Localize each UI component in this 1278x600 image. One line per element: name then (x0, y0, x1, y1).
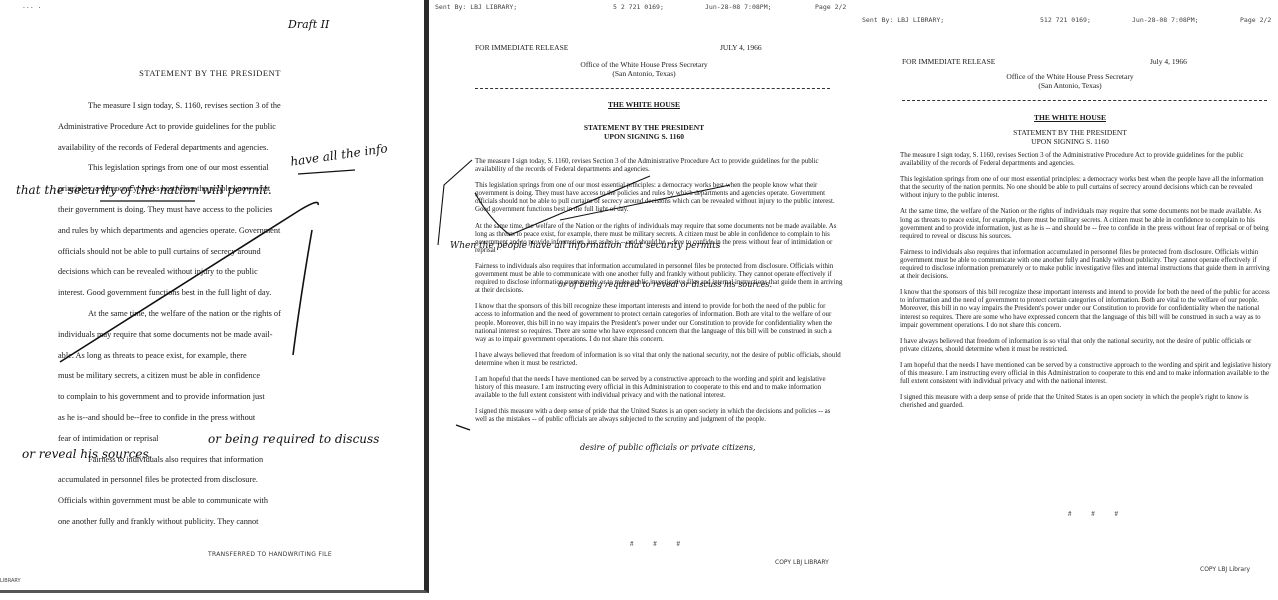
draft-line: accumulated in personnel files be protec… (58, 470, 358, 491)
divider (475, 88, 830, 89)
white-house-heading: THE WHITE HOUSE (430, 100, 858, 109)
statement-paragraph: The measure I sign today, S. 1160, revis… (475, 158, 843, 174)
edited-release-page: Sent By: LBJ LIBRARY; 5 2 721 0169; Jun-… (430, 0, 858, 600)
statement-paragraph: I am hopeful that the needs I have menti… (475, 376, 843, 400)
draft-line: as he is--and should be--free to confide… (58, 408, 358, 429)
statement-paragraph: Fairness to individuals also requires th… (900, 249, 1272, 281)
statement-paragraph: At the same time, the welfare of the Nat… (900, 208, 1272, 240)
draft-line: their government is doing. They must hav… (58, 200, 358, 221)
draft-line: individuals may require that some docume… (58, 325, 358, 346)
fax-page: Page 2/2 (815, 3, 846, 11)
statement-paragraph: The measure I sign today, S. 1160, revis… (900, 152, 1272, 168)
release-date: July 4, 1966 (1150, 57, 1187, 66)
handwritten-note: desire of public officials or private ci… (580, 443, 756, 452)
draft-line: The measure I sign today, S. 1160, revis… (58, 96, 358, 117)
end-marks: # # # (1068, 510, 1127, 518)
draft-line: At the same time, the welfare of the nat… (58, 304, 358, 325)
fax-sender: Sent By: LBJ LIBRARY; (862, 16, 944, 24)
release-date: JULY 4, 1966 (720, 43, 762, 52)
copy-mark: COPY LBJ LIBRARY (775, 559, 829, 566)
corner-mark: ... . (22, 2, 42, 10)
office-line: Office of the White House Press Secretar… (862, 72, 1278, 81)
draft-page: ... . Draft II STATEMENT BY THE PRESIDEN… (0, 0, 429, 593)
release-label: FOR IMMEDIATE RELEASE (475, 43, 568, 52)
final-release-page: Sent By: LBJ LIBRARY; 512 721 0169; Jun-… (862, 0, 1278, 600)
statement-title: STATEMENT BY THE PRESIDENT (430, 123, 858, 132)
handwritten-note: or of being required to reveal or discus… (558, 280, 772, 289)
divider (902, 100, 1267, 101)
draft-mark: Draft II (288, 18, 329, 31)
fax-page: Page 2/2 (1240, 16, 1271, 24)
draft-line: and rules by which departments and agenc… (58, 221, 358, 242)
statement-paragraph: I signed this measure with a deep sense … (475, 408, 843, 424)
fax-timestamp: Jun-28-08 7:08PM; (705, 3, 772, 11)
statement-paragraph: I know that the sponsors of this bill re… (900, 289, 1272, 329)
draft-line: Officials within government must be able… (58, 491, 358, 512)
statement-body: The measure I sign today, S. 1160, revis… (900, 152, 1272, 418)
draft-line: officials should not be able to pull cur… (58, 242, 358, 263)
handwritten-note: When the people have all information tha… (450, 241, 720, 251)
statement-body: The measure I sign today, S. 1160, revis… (475, 158, 843, 432)
white-house-heading: THE WHITE HOUSE (862, 113, 1278, 122)
statement-paragraph: I am hopeful that the needs I have menti… (900, 362, 1272, 386)
statement-title: STATEMENT BY THE PRESIDENT (862, 128, 1278, 137)
statement-subtitle: UPON SIGNING S. 1160 (430, 132, 858, 141)
draft-line: interest. Good government functions best… (58, 283, 358, 304)
draft-line: decisions which can be revealed without … (58, 262, 358, 283)
statement-paragraph: I signed this measure with a deep sense … (900, 394, 1272, 410)
fax-sender: Sent By: LBJ LIBRARY; (435, 3, 517, 11)
statement-paragraph: I have always believed that freedom of i… (900, 338, 1272, 354)
release-label: FOR IMMEDIATE RELEASE (902, 57, 995, 66)
location-line: (San Antonio, Texas) (862, 81, 1278, 90)
fax-number: 5 2 721 0169; (613, 3, 664, 11)
archive-stamp: TRANSFERRED TO HANDWRITING FILE (208, 551, 332, 558)
location-line: (San Antonio, Texas) (430, 69, 858, 78)
handwritten-note: or being required to discuss (208, 432, 379, 446)
office-line: Office of the White House Press Secretar… (430, 60, 858, 69)
fax-number: 512 721 0169; (1040, 16, 1091, 24)
statement-paragraph: I have always believed that freedom of i… (475, 352, 843, 368)
draft-line: Administrative Procedure Act to provide … (58, 117, 358, 138)
draft-line: must be military secrets, a citizen must… (58, 366, 358, 387)
end-marks: # # # (630, 540, 689, 548)
draft-line: to complain to his government and to pro… (58, 387, 358, 408)
statement-paragraph: I know that the sponsors of this bill re… (475, 303, 843, 343)
fax-timestamp: Jun-28-08 7:08PM; (1132, 16, 1199, 24)
statement-subtitle: UPON SIGNING S. 1160 (862, 137, 1278, 146)
statement-paragraph: This legislation springs from one of our… (475, 182, 843, 214)
page-title: STATEMENT BY THE PRESIDENT (0, 68, 420, 78)
draft-line: able. As long as threats to peace exist,… (58, 346, 358, 367)
draft-line: one another fully and frankly without pu… (58, 512, 358, 533)
handwritten-note: that the security of the nation will per… (16, 183, 272, 197)
handwritten-note: or reveal his sources. (22, 447, 152, 461)
footer-label: LIBRARY (0, 578, 21, 584)
copy-mark: COPY LBJ Library (1200, 566, 1250, 573)
statement-paragraph: This legislation springs from one of our… (900, 176, 1272, 200)
